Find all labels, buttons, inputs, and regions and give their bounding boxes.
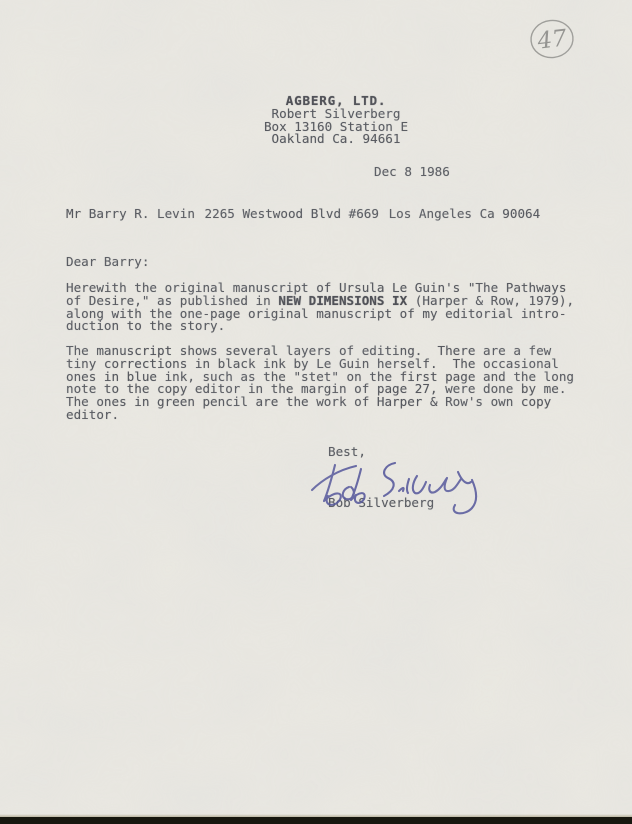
recipient-city: Los Angeles Ca 90064 — [389, 206, 541, 221]
body-paragraph-1: Herewith the original manuscript of Ursu… — [66, 282, 574, 333]
handwritten-signature — [298, 454, 493, 520]
scan-edge-strip — [0, 817, 632, 824]
letterhead: AGBERG, LTD. Robert Silverberg Box 13160… — [40, 95, 632, 146]
scanned-letter-page: AGBERG, LTD. Robert Silverberg Box 13160… — [0, 0, 632, 824]
circled-page-number: 47 — [524, 16, 580, 64]
recipient-name: Mr Barry R. Levin — [66, 206, 195, 221]
salutation: Dear Barry: — [66, 256, 149, 269]
page-number-text: 47 — [535, 25, 569, 55]
body-paragraph-2: The manuscript shows several layers of e… — [66, 345, 574, 422]
letter-date: Dec 8 1986 — [374, 166, 450, 179]
letterhead-address-line2: Oakland Ca. 94661 — [40, 133, 632, 146]
recipient-street: 2265 Westwood Blvd #669 — [205, 206, 379, 221]
recipient-address-block: Mr Barry R. Levin 2265 Westwood Blvd #66… — [66, 203, 540, 222]
